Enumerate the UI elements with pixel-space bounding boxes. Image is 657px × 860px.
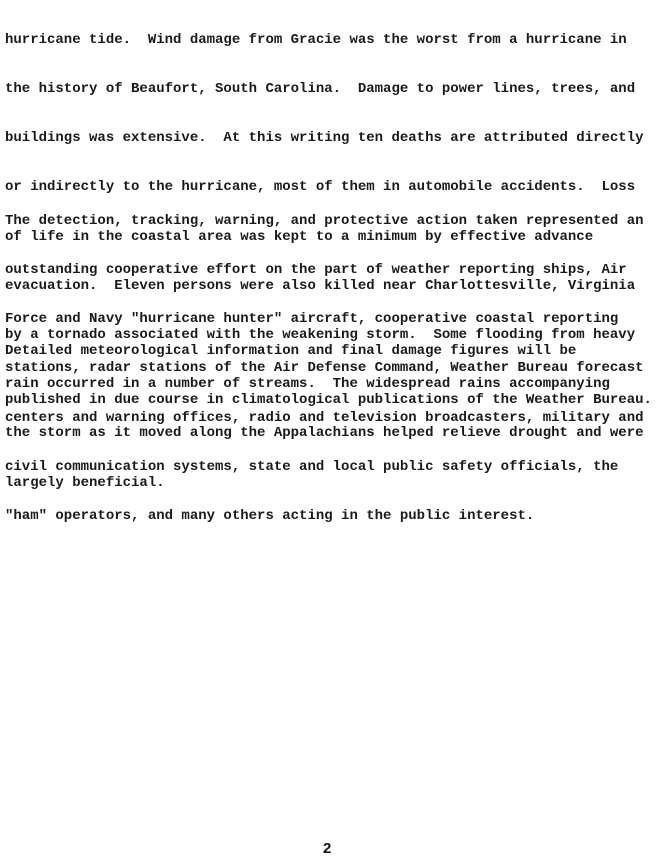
text-line: the history of Beaufort, South Carolina.… bbox=[5, 81, 644, 97]
text-line: hurricane tide. Wind damage from Gracie … bbox=[5, 32, 644, 48]
text-line: buildings was extensive. At this writing… bbox=[5, 130, 644, 146]
text-line: "ham" operators, and many others acting … bbox=[5, 508, 644, 524]
page-number: 2 bbox=[323, 840, 331, 857]
paragraph-publication-note: Detailed meteorological information and … bbox=[5, 310, 652, 441]
text-line: outstanding cooperative effort on the pa… bbox=[5, 262, 644, 278]
text-line: civil communication systems, state and l… bbox=[5, 459, 644, 475]
text-line: published in due course in climatologica… bbox=[5, 392, 652, 408]
text-line: Detailed meteorological information and … bbox=[5, 343, 652, 359]
text-line: The detection, tracking, warning, and pr… bbox=[5, 213, 644, 229]
